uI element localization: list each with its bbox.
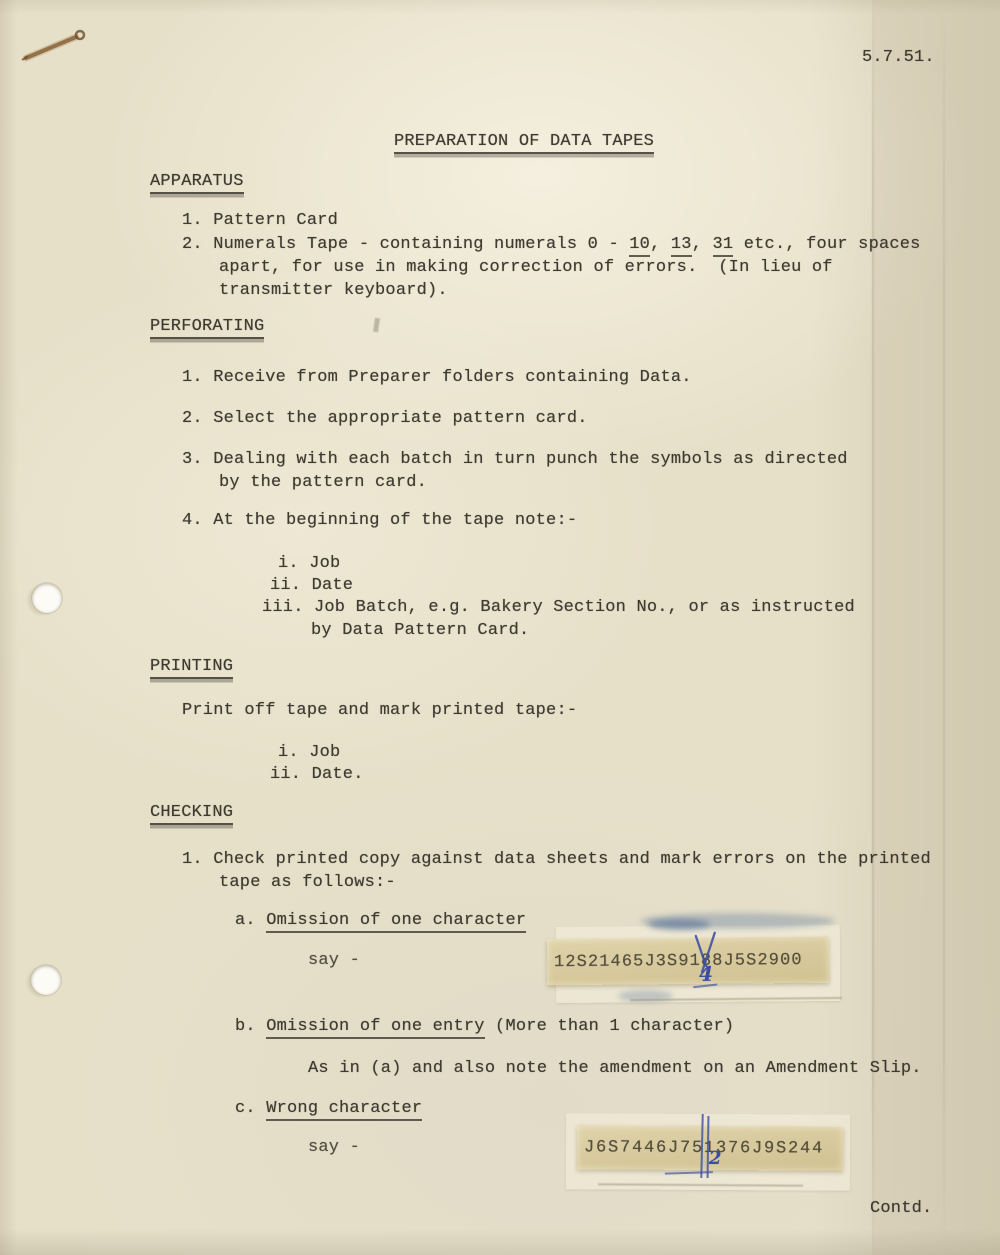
checking-item-1-line-1: 1. Check printed copy against data sheet… xyxy=(182,849,931,870)
tape-note-i: i. Job xyxy=(278,553,340,574)
perforating-item-1: 1. Receive from Preparer folders contain… xyxy=(182,367,692,388)
perforating-item-2: 2. Select the appropriate pattern card. xyxy=(182,408,588,429)
checking-case-b-note: As in (a) and also note the amendment on… xyxy=(308,1058,922,1079)
perforating-item-3-line-2: by the pattern card. xyxy=(219,472,427,493)
tape-strip-1-text: 12S21465J3S9188J5S2900 xyxy=(554,950,803,971)
blue-smudge-dark xyxy=(648,919,710,930)
checking-case-a-say: say - xyxy=(308,950,360,971)
punch-hole-top xyxy=(32,583,62,613)
checking-case-b-label: b. Omission of one entry (More than 1 ch… xyxy=(235,1016,734,1037)
tape-strip-omission-example: 12S21465J3S9188J5S2900 4 xyxy=(547,937,829,985)
perforating-item-3-line-1: 3. Dealing with each batch in turn punch… xyxy=(182,449,848,470)
document-date: 5.7.51. xyxy=(862,47,935,68)
handwritten-correction-character: 2 xyxy=(709,1148,722,1169)
punch-hole-bottom xyxy=(31,965,61,995)
tape-strip-2-text: J6S7446J751376J9S244 xyxy=(584,1138,824,1158)
section-heading-checking: CHECKING xyxy=(150,802,233,823)
checking-case-c-label: c. Wrong character xyxy=(235,1098,422,1119)
section-heading-perforating: PERFORATING xyxy=(150,316,264,337)
tape-note-iii-line-2: by Data Pattern Card. xyxy=(311,620,529,641)
vertical-crease xyxy=(943,0,945,1255)
continuation-note: Contd. xyxy=(870,1198,932,1219)
stray-pencil-mark xyxy=(373,318,380,333)
apparatus-item-2-line-1: 2. Numerals Tape - containing numerals 0… xyxy=(182,234,921,255)
tape-note-iii-line-1: iii. Job Batch, e.g. Bakery Section No.,… xyxy=(262,597,855,618)
apparatus-item-2-line-3: transmitter keyboard). xyxy=(219,280,448,301)
printing-intro: Print off tape and mark printed tape:- xyxy=(182,700,577,721)
tape-strip-wrong-character-example: J6S7446J751376J9S244 2 xyxy=(577,1125,843,1170)
checking-item-1-line-2: tape as follows:- xyxy=(219,872,396,893)
perforating-item-4: 4. At the beginning of the tape note:- xyxy=(182,510,577,531)
handwritten-inserted-character: 4 xyxy=(699,962,713,986)
section-heading-apparatus: APPARATUS xyxy=(150,171,244,192)
printing-mark-i: i. Job xyxy=(278,742,340,763)
checking-case-c-say: say - xyxy=(308,1137,360,1158)
apparatus-item-1: 1. Pattern Card xyxy=(182,210,338,231)
section-heading-printing: PRINTING xyxy=(150,656,233,677)
tape-note-ii: ii. Date xyxy=(270,575,353,596)
page-title: PREPARATION OF DATA TAPES xyxy=(394,131,654,152)
checking-case-a-label: a. Omission of one character xyxy=(235,910,526,931)
apparatus-item-2-line-2: apart, for use in making correction of e… xyxy=(219,257,833,278)
scanned-document-page: 5.7.51. PREPARATION OF DATA TAPES APPARA… xyxy=(0,0,1000,1255)
printing-mark-ii: ii. Date. xyxy=(270,764,364,785)
corner-scratch-mark xyxy=(14,24,104,74)
